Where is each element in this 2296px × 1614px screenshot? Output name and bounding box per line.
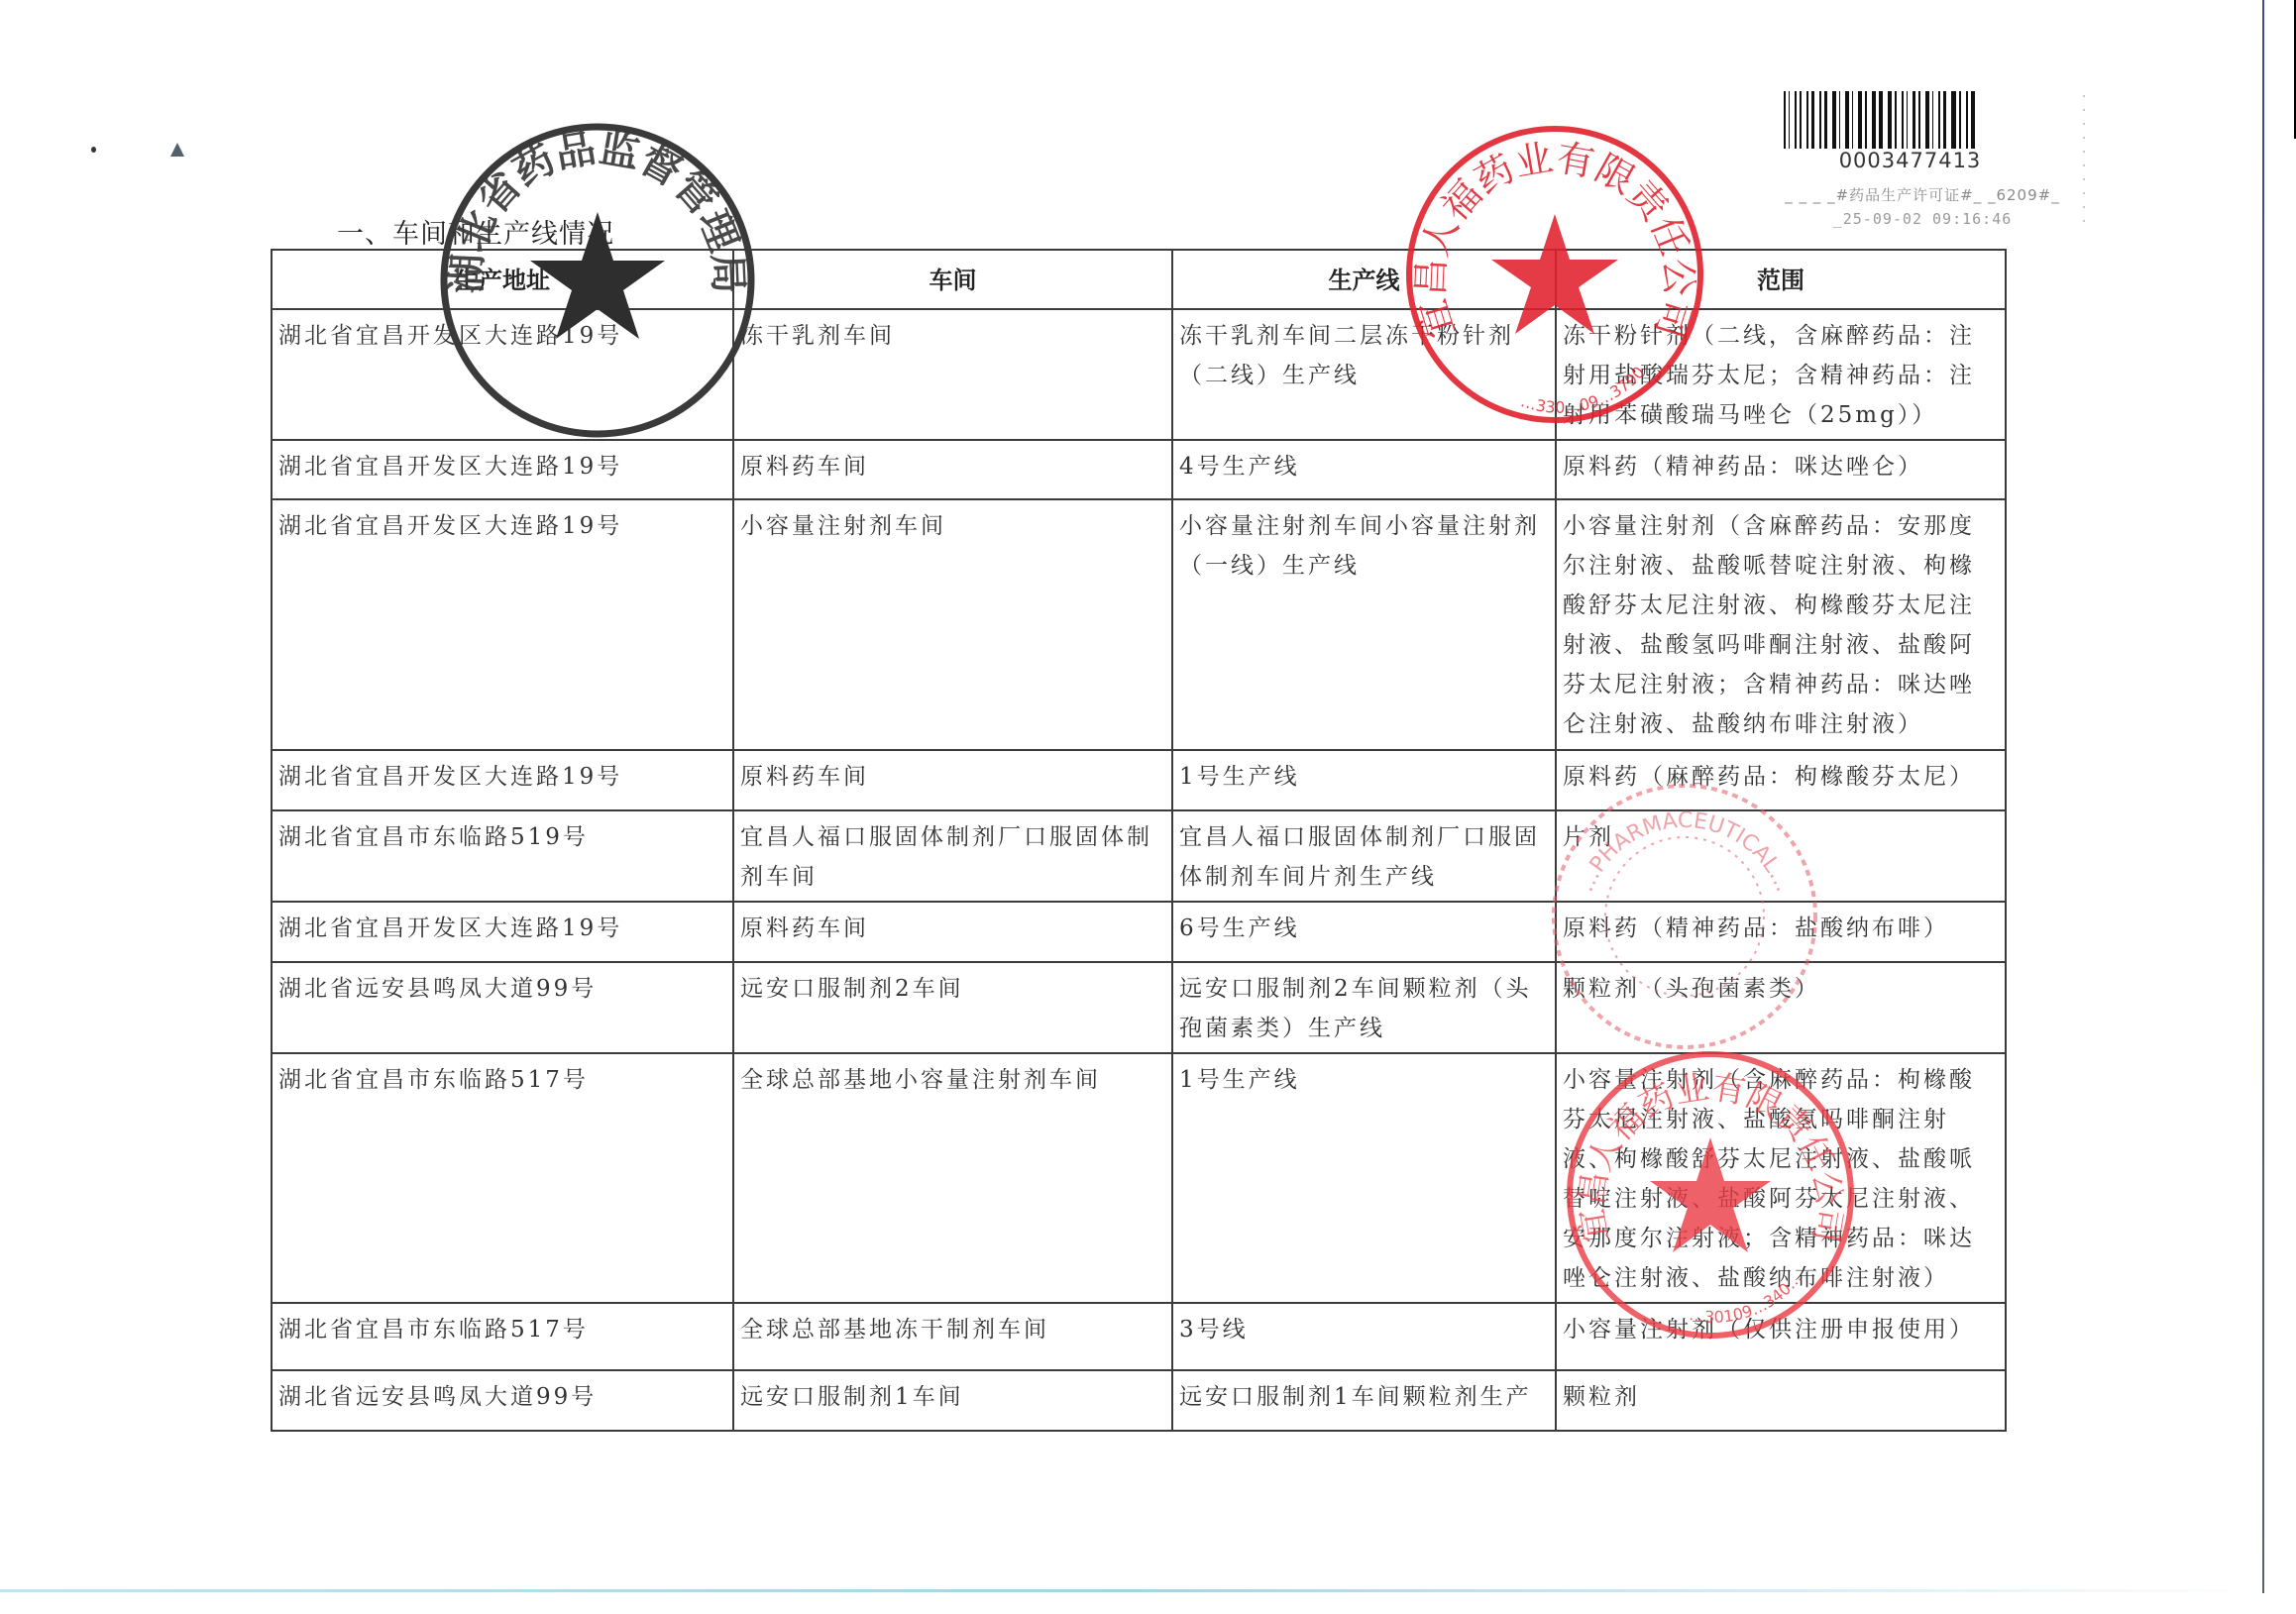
table-row: 湖北省宜昌开发区大连路19号原料药车间6号生产线原料药（精神药品：盐酸纳布啡） — [272, 902, 2006, 962]
header-address: 生产地址 — [272, 250, 733, 309]
header-workshop: 车间 — [733, 250, 1172, 309]
page-edge-line — [2262, 0, 2264, 1593]
barcode-bar — [1789, 91, 1790, 149]
table-row: 湖北省宜昌市东临路517号全球总部基地小容量注射剂车间1号生产线小容量注射剂（含… — [272, 1053, 2006, 1303]
cell-workshop: 远安口服制剂1车间 — [733, 1370, 1172, 1431]
barcode-bar — [1784, 91, 1786, 149]
barcode-bar — [1966, 91, 1968, 149]
cell-scope: 原料药（精神药品：盐酸纳布啡） — [1556, 902, 2006, 962]
cell-address: 湖北省宜昌开发区大连路19号 — [272, 902, 733, 962]
table-row: 湖北省远安县鸣凤大道99号远安口服制剂2车间远安口服制剂2车间颗粒剂（头孢菌素类… — [272, 962, 2006, 1053]
barcode-bar — [1839, 91, 1840, 149]
barcode-bar — [1971, 91, 1975, 149]
barcode-bar — [1852, 91, 1853, 149]
barcode-bar — [1907, 91, 1908, 149]
dotted-divider — [2083, 95, 2085, 234]
header-line: 生产线 — [1172, 250, 1556, 309]
cell-scope: 小容量注射剂（含麻醉药品：枸橼酸芬太尼注射液、盐酸氢吗啡酮注射液、枸橼酸舒芬太尼… — [1556, 1053, 2006, 1303]
barcode-bar — [1858, 91, 1862, 149]
barcode-bar — [1938, 91, 1940, 149]
cell-workshop: 全球总部基地冻干制剂车间 — [733, 1303, 1172, 1370]
barcode-bar — [1951, 91, 1956, 149]
cell-scope: 小容量注射剂（仅供注册申报使用） — [1556, 1303, 2006, 1370]
barcode-bar — [1806, 91, 1808, 149]
cell-line: 4号生产线 — [1172, 440, 1556, 499]
table-row: 湖北省宜昌开发区大连路19号原料药车间4号生产线原料药（精神药品：咪达唑仑） — [272, 440, 2006, 499]
cell-line: 远安口服制剂1车间颗粒剂生产 — [1172, 1370, 1556, 1431]
barcode-bar — [1895, 91, 1897, 149]
barcode-bar — [1925, 91, 1929, 149]
table-row: 湖北省宜昌开发区大连路19号冻干乳剂车间冻干乳剂车间二层冻干粉针剂（二线）生产线… — [272, 309, 2006, 440]
workshop-table: 生产地址 车间 生产线 范围 湖北省宜昌开发区大连路19号冻干乳剂车间冻干乳剂车… — [271, 249, 2007, 1432]
header-scope: 范围 — [1556, 250, 2006, 309]
cell-address: 湖北省宜昌开发区大连路19号 — [272, 309, 733, 440]
barcode-bar — [1888, 91, 1892, 149]
cell-scope: 片剂 — [1556, 810, 2006, 902]
barcode-bar — [1832, 91, 1836, 149]
cell-line: 冻干乳剂车间二层冻干粉针剂（二线）生产线 — [1172, 309, 1556, 440]
barcode-bar — [1872, 91, 1876, 149]
cell-workshop: 宜昌人福口服固体制剂厂口服固体制剂车间 — [733, 810, 1172, 902]
cell-workshop: 原料药车间 — [733, 902, 1172, 962]
section-title: 一、车间和生产线情况 — [337, 212, 614, 251]
cell-line: 宜昌人福口服固体制剂厂口服固体制剂车间片剂生产线 — [1172, 810, 1556, 902]
cell-workshop: 原料药车间 — [733, 440, 1172, 499]
cell-address: 湖北省宜昌市东临路517号 — [272, 1053, 733, 1303]
cell-scope: 原料药（麻醉药品：枸橼酸芬太尼） — [1556, 750, 2006, 810]
barcode-caption: _ _ _ _#药品生产许可证#_ _6209#_ — [1754, 184, 2091, 205]
barcode-timestamp: _25-09-02 09:16:46 — [1754, 210, 2091, 228]
cell-address: 湖北省宜昌市东临路519号 — [272, 810, 733, 902]
barcode-bar — [1959, 91, 1961, 149]
barcode — [1784, 91, 2036, 149]
cell-workshop: 全球总部基地小容量注射剂车间 — [733, 1053, 1172, 1303]
cell-address: 湖北省宜昌市东临路517号 — [272, 1303, 733, 1370]
barcode-bar — [1913, 91, 1915, 149]
cell-line: 1号生产线 — [1172, 750, 1556, 810]
barcode-bar — [1845, 91, 1849, 149]
barcode-bar — [1795, 91, 1797, 149]
table-row: 湖北省宜昌市东临路519号宜昌人福口服固体制剂厂口服固体制剂车间宜昌人福口服固体… — [272, 810, 2006, 902]
table-row: 湖北省远安县鸣凤大道99号远安口服制剂1车间远安口服制剂1车间颗粒剂生产颗粒剂 — [272, 1370, 2006, 1431]
cell-scope: 小容量注射剂（含麻醉药品：安那度尔注射液、盐酸哌替啶注射液、枸橼酸舒芬太尼注射液… — [1556, 499, 2006, 750]
cell-workshop: 远安口服制剂2车间 — [733, 962, 1172, 1053]
cell-scope: 冻干粉针剂（二线，含麻醉药品：注射用盐酸瑞芬太尼；含精神药品：注射用苯磺酸瑞马唑… — [1556, 309, 2006, 440]
table-row: 湖北省宜昌市东临路517号全球总部基地冻干制剂车间3号线小容量注射剂（仅供注册申… — [272, 1303, 2006, 1370]
cell-workshop: 小容量注射剂车间 — [733, 499, 1172, 750]
cell-line: 小容量注射剂车间小容量注射剂（一线）生产线 — [1172, 499, 1556, 750]
barcode-bar — [1932, 91, 1933, 149]
table-row: 湖北省宜昌开发区大连路19号小容量注射剂车间小容量注射剂车间小容量注射剂（一线）… — [272, 499, 2006, 750]
barcode-bar — [1943, 91, 1946, 149]
scan-speck — [170, 143, 184, 157]
cell-line: 远安口服制剂2车间颗粒剂（头孢菌素类）生产线 — [1172, 962, 1556, 1053]
cell-address: 湖北省宜昌开发区大连路19号 — [272, 750, 733, 810]
cell-line: 3号线 — [1172, 1303, 1556, 1370]
scan-line — [0, 1589, 2259, 1592]
barcode-bar — [1879, 91, 1883, 149]
cell-workshop: 冻干乳剂车间 — [733, 309, 1172, 440]
barcode-bar — [1811, 91, 1814, 149]
barcode-bar — [1918, 91, 1920, 149]
barcode-bar — [1902, 91, 1904, 149]
barcode-bar — [1800, 91, 1802, 149]
table-row: 湖北省宜昌开发区大连路19号原料药车间1号生产线原料药（麻醉药品：枸橼酸芬太尼） — [272, 750, 2006, 810]
cell-workshop: 原料药车间 — [733, 750, 1172, 810]
cell-line: 1号生产线 — [1172, 1053, 1556, 1303]
barcode-number: 0003477413 — [1784, 149, 2036, 172]
cell-scope: 颗粒剂（头孢菌素类） — [1556, 962, 2006, 1053]
barcode-bar — [1819, 91, 1821, 149]
cell-address: 湖北省宜昌开发区大连路19号 — [272, 499, 733, 750]
cell-line: 6号生产线 — [1172, 902, 1556, 962]
barcode-bar — [1865, 91, 1867, 149]
scan-speck — [91, 147, 96, 153]
cell-address: 湖北省远安县鸣凤大道99号 — [272, 1370, 733, 1431]
cell-scope: 原料药（精神药品：咪达唑仑） — [1556, 440, 2006, 499]
cell-address: 湖北省宜昌开发区大连路19号 — [272, 440, 733, 499]
cell-address: 湖北省远安县鸣凤大道99号 — [272, 962, 733, 1053]
table-header-row: 生产地址 车间 生产线 范围 — [272, 250, 2006, 309]
barcode-bar — [1824, 91, 1827, 149]
cell-scope: 颗粒剂 — [1556, 1370, 2006, 1431]
